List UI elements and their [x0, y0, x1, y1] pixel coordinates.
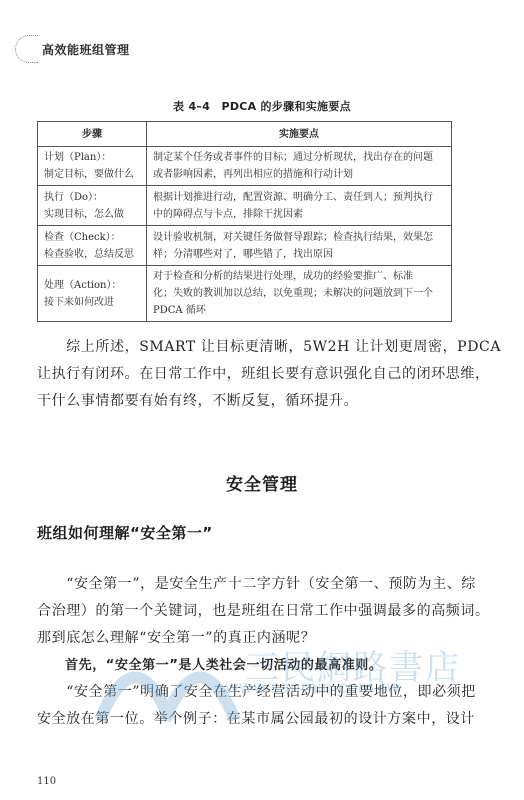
table-row: 处理（Action）： 接下来如何改进 对于检查和分析的结果进行处理，成功的经验… — [38, 266, 452, 322]
points-line: PDCA 循环 — [153, 302, 445, 319]
points-line: 设计验收机制，对关键任务做督导跟踪；检查执行结果，效果怎 — [153, 229, 445, 246]
body-paragraph-2: “安全第一”明确了安全在生产经营活动中的重要地位，即必须把 安全放在第一位。举个… — [37, 679, 457, 733]
bold-point: 首先，“安全第一”是人类社会一切活动的最高准则。 — [37, 652, 457, 679]
paragraph-line: “安全第一”，是安全生产十二字方针（安全第一、预防为主、综 — [37, 571, 457, 598]
paragraph-line: 干什么事情都要有始有终，不断反复，循环提升。 — [37, 388, 457, 415]
step-goal: 制定目标，要做什么 — [44, 166, 140, 183]
body-paragraph-1: “安全第一”，是安全生产十二字方针（安全第一、预防为主、综 合治理）的第一个关键… — [37, 571, 457, 652]
paragraph-line: 安全放在第一位。举个例子：在某市属公园最初的设计方案中，设计 — [37, 706, 457, 733]
points-cell: 制定某个任务或者事件的目标；通过分析现状，找出存在的问题 或者影响因素，再列出相… — [147, 147, 452, 186]
page-number: 110 — [37, 776, 56, 787]
points-line: 或者影响因素，再列出相应的措施和行动计划 — [153, 166, 445, 183]
step-goal: 接下来如何改进 — [44, 294, 140, 311]
step-cell: 计划（Plan）： 制定目标，要做什么 — [38, 147, 147, 186]
paragraph-line: 那到底怎么理解“安全第一”的真正内涵呢？ — [37, 625, 457, 652]
bold-point-text: 首先，“安全第一”是人类社会一切活动的最高准则。 — [65, 652, 457, 679]
step-name: 计划（Plan）： — [44, 149, 140, 166]
step-name: 处理（Action）： — [44, 277, 140, 294]
header-points: 实施要点 — [147, 122, 452, 147]
table-header-row: 步骤 实施要点 — [38, 122, 452, 147]
points-line: 化；失败的教训加以总结，以免重现；未解决的问题放到下一个 — [153, 285, 445, 302]
paragraph-line: 让执行有闭环。在日常工作中，班组长要有意识强化自己的闭环思维， — [37, 361, 457, 388]
points-line: 中的障碍点与卡点，排除干扰因素 — [153, 206, 445, 223]
table-caption: 表 4–4 PDCA 的步骤和实施要点 — [0, 98, 524, 114]
points-line: 制定某个任务或者事件的目标；通过分析现状，找出存在的问题 — [153, 149, 445, 166]
running-head: 高效能班组管理 — [5, 34, 130, 64]
step-goal: 实现目标，怎么做 — [44, 206, 140, 223]
step-name: 执行（Do）： — [44, 189, 140, 206]
header-step: 步骤 — [38, 122, 147, 147]
points-line: 样；分清哪些对了，哪些错了，找出原因 — [153, 246, 445, 263]
table-row: 检查（Check）： 检查验收，总结反思 设计验收机制，对关键任务做督导跟踪；检… — [38, 226, 452, 266]
subsection-title: 班组如何理解“安全第一” — [37, 522, 213, 543]
step-cell: 处理（Action）： 接下来如何改进 — [38, 266, 147, 322]
points-line: 根据计划推进行动，配置资源、明确分工、责任到人；预判执行 — [153, 189, 445, 206]
paragraph-line: 合治理）的第一个关键词，也是班组在日常工作中强调最多的高频词。 — [37, 598, 457, 625]
step-name: 检查（Check）： — [44, 229, 140, 246]
step-cell: 执行（Do）： 实现目标，怎么做 — [38, 186, 147, 226]
step-cell: 检查（Check）： 检查验收，总结反思 — [38, 226, 147, 266]
table-row: 计划（Plan）： 制定目标，要做什么 制定某个任务或者事件的目标；通过分析现状… — [38, 147, 452, 186]
table-row: 执行（Do）： 实现目标，怎么做 根据计划推进行动，配置资源、明确分工、责任到人… — [38, 186, 452, 226]
points-cell: 设计验收机制，对关键任务做督导跟踪；检查执行结果，效果怎 样；分清哪些对了，哪些… — [147, 226, 452, 266]
summary-paragraph: 综上所述，SMART 让目标更清晰，5W2H 让计划更周密，PDCA 让执行有闭… — [37, 334, 457, 415]
paragraph-line: 综上所述，SMART 让目标更清晰，5W2H 让计划更周密，PDCA — [37, 334, 457, 361]
decorative-arc-icon — [15, 35, 38, 63]
step-goal: 检查验收，总结反思 — [44, 246, 140, 263]
paragraph-line: “安全第一”明确了安全在生产经营活动中的重要地位，即必须把 — [37, 679, 457, 706]
points-line: 对于检查和分析的结果进行处理，成功的经验要推广、标准 — [153, 268, 445, 285]
points-cell: 对于检查和分析的结果进行处理，成功的经验要推广、标准 化；失败的教训加以总结，以… — [147, 266, 452, 322]
pdca-table: 步骤 实施要点 计划（Plan）： 制定目标，要做什么 制定某个任务或者事件的目… — [37, 121, 452, 322]
running-head-title: 高效能班组管理 — [42, 41, 130, 58]
points-cell: 根据计划推进行动，配置资源、明确分工、责任到人；预判执行 中的障碍点与卡点，排除… — [147, 186, 452, 226]
section-title: 安全管理 — [0, 470, 524, 495]
